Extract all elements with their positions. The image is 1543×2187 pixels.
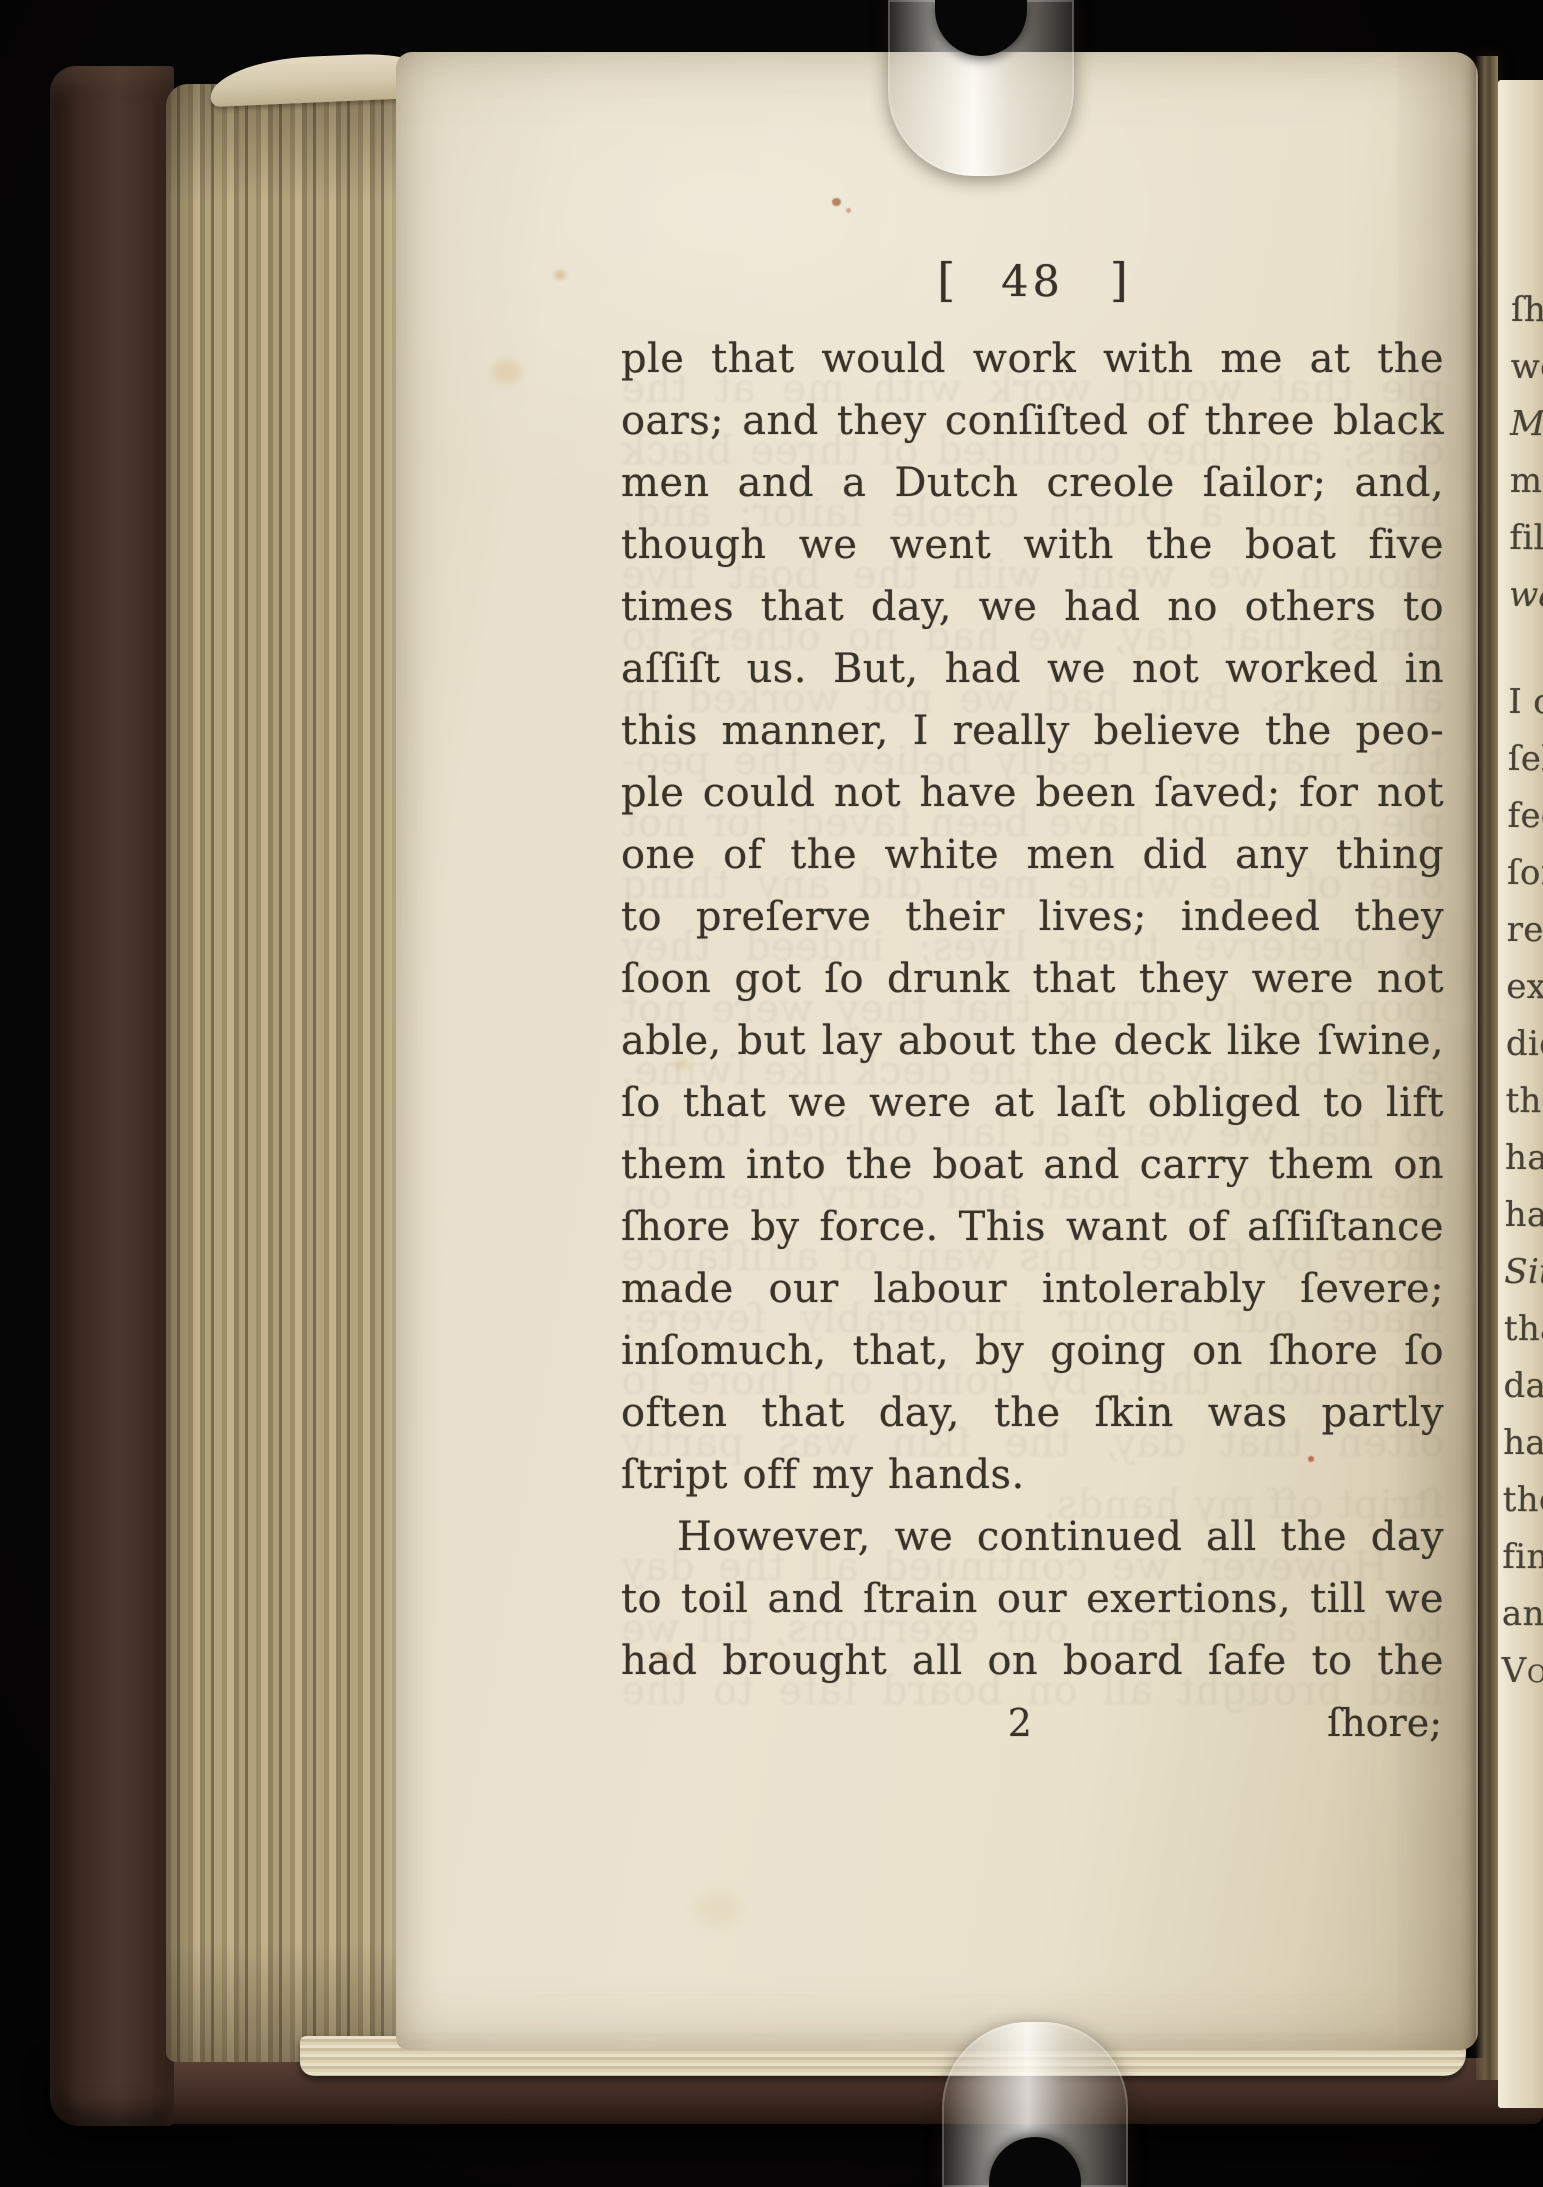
- text-line: times that day, we had no others to: [621, 576, 1444, 638]
- next-page-text-line: did, fo: [1506, 1016, 1542, 1073]
- next-page-text-line: ſhore;: [1511, 282, 1543, 339]
- next-page-text-line: reſt of: [1507, 902, 1543, 959]
- page-number: 48: [1001, 257, 1064, 307]
- book-scan-photo: ple that would work with me at theoars; …: [0, 0, 1543, 2187]
- next-page-text-line: fecting: [1507, 788, 1543, 845]
- next-page-text-line: the ve: [1503, 1472, 1539, 1529]
- next-page-text-line: the pat: [1505, 1073, 1541, 1130]
- text-line: ſoon got ſo drunk that they were not: [621, 948, 1444, 1010]
- page-gutter-shadow: [1476, 56, 1498, 2080]
- text-line: ple could not have been ſaved; for not: [621, 762, 1444, 824]
- next-page-text-line: final f: [1502, 1529, 1538, 1586]
- next-page-text-line: mind w: [1510, 453, 1543, 510]
- next-page-text-line: danger: [1503, 1358, 1539, 1415]
- clamp-slot-icon: [989, 2137, 1081, 2187]
- foxing-spot: [492, 360, 522, 384]
- clamp-slot-icon: [935, 0, 1027, 56]
- press-figure: 2: [1008, 1692, 1032, 1754]
- header-open-bracket: [: [937, 253, 955, 307]
- next-page-text-line: was the: [1509, 567, 1543, 624]
- next-page-text-line: ſelf as: [1508, 731, 1543, 788]
- text-line: them into the boat and carry them on: [621, 1134, 1444, 1196]
- next-page-text-line: have b: [1505, 1130, 1541, 1187]
- text-line: inſomuch, that, by going on ſhore ſo: [621, 1320, 1444, 1382]
- text-line: ple that would work with me at the: [621, 328, 1444, 390]
- text-line: ſhore by force. This want of aſſiſtance: [621, 1196, 1444, 1258]
- text-line: ſtript off my hands.: [621, 1444, 1444, 1506]
- text-line: oars; and they conſiſted of three black: [621, 390, 1444, 452]
- next-page-text-line: filled in: [1509, 510, 1543, 567]
- next-page-sliver: ſhore;we loſtMy dmind wfilled inwas theI…: [1498, 80, 1543, 2108]
- page-text-block: [48] ple that would work with me at theo…: [621, 250, 1444, 1754]
- book-clamp-bottom: [942, 2022, 1128, 2187]
- foxing-spot: [832, 198, 841, 206]
- foxing-spot: [554, 270, 566, 280]
- text-line: to preſerve their lives; indeed they: [621, 886, 1444, 948]
- text-line: aſſiſt us. But, had we not worked in: [621, 638, 1444, 700]
- header-close-bracket: ]: [1110, 253, 1128, 307]
- next-page-text-line: My d: [1510, 396, 1543, 453]
- page-stack-fore-edge: [166, 84, 402, 2062]
- text-line: able, but lay about the deck like ſwine,: [621, 1010, 1444, 1072]
- text-line: though we went with the boat five: [621, 514, 1444, 576]
- next-page-text-line: we loſt: [1510, 339, 1543, 396]
- text-line: made our labour intolerably ſevere;: [621, 1258, 1444, 1320]
- text-line: this manner, I really believe the peo-: [621, 700, 1444, 762]
- next-page-text-line: had bu: [1503, 1415, 1539, 1472]
- text-line: men and a Dutch creole ſailor; and,: [621, 452, 1444, 514]
- foxing-spot: [846, 208, 851, 213]
- page-number-header: [48]: [621, 250, 1444, 316]
- next-page-text-line: Vol.: [1501, 1643, 1537, 1700]
- next-page-text-line: exertion: [1506, 959, 1542, 1016]
- book-cover-spine: [50, 66, 174, 2126]
- next-page-text-line: ſome o: [1507, 845, 1543, 902]
- next-page-text-line: have b: [1505, 1187, 1541, 1244]
- body-text-lines: ple that would work with me at theoars; …: [621, 328, 1444, 1692]
- next-page-text-fragments: ſhore;we loſtMy dmind wfilled inwas theI…: [1498, 80, 1543, 1700]
- foxing-spot: [696, 1892, 742, 1926]
- next-page-text-line: that m: [1504, 1301, 1540, 1358]
- text-line: often that day, the ſkin was partly: [621, 1382, 1444, 1444]
- next-page-text-line: I could: [1508, 674, 1543, 731]
- text-line: However, we continued all the day: [621, 1506, 1444, 1568]
- text-line: one of the white men did any thing: [621, 824, 1444, 886]
- signature-row: 2 ſhore;: [621, 1692, 1444, 1754]
- next-page-text-line: ance;: [1502, 1586, 1538, 1643]
- next-page-text-line: Situated: [1504, 1244, 1540, 1301]
- catchword: ſhore;: [1327, 1692, 1442, 1754]
- book-page: ple that would work with me at theoars; …: [396, 52, 1478, 2050]
- text-line: had brought all on board ſafe to the: [621, 1630, 1444, 1692]
- text-line: ſo that we were at laſt obliged to lift: [621, 1072, 1444, 1134]
- book-clamp-top: [888, 0, 1074, 176]
- text-line: to toil and ſtrain our exertions, till w…: [621, 1568, 1444, 1630]
